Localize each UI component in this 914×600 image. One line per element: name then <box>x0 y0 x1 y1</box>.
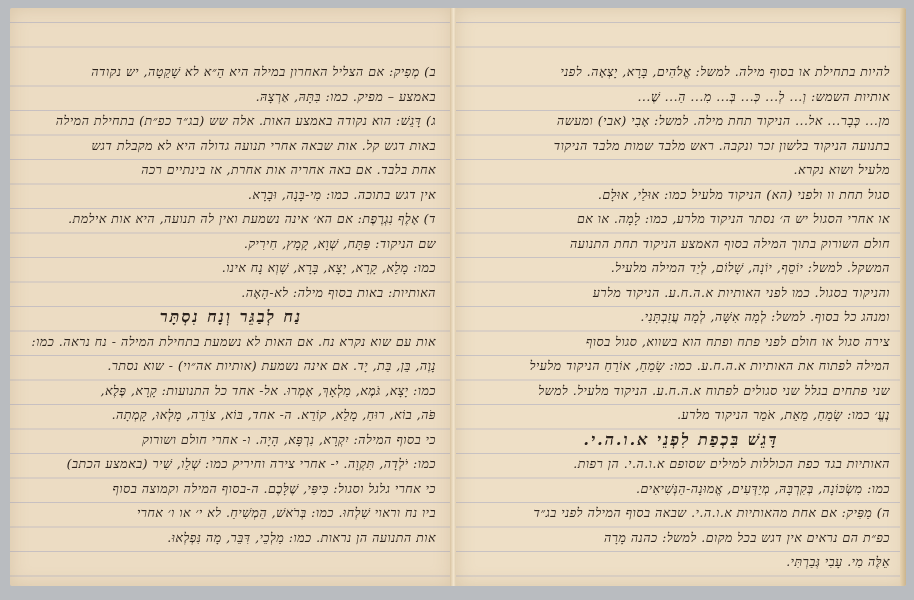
text-line: כמו: מָלֵא, קָרָא, יָצָא, בָּרָא, שָׁוְא… <box>26 256 436 281</box>
text-line: צירה סגול או חולם לפני פתח ופתח הוא בשוו… <box>472 330 890 355</box>
section-heading: דָּגֵשׁ בִּכְפַת לִפְנֵי א.ו.ה.י. <box>472 428 890 453</box>
text-line: אותיות השמש: וְ... לְ... כְּ... בְּ... מ… <box>472 85 890 110</box>
text-line: שם הניקוד: פַּתָּח, שְׁוָא, קָמָץ, חִירִ… <box>26 232 436 257</box>
text-line: והניקוד בסגול. כמו לפני האותיות א.ה.ח.ע.… <box>472 281 890 306</box>
text-line: אחת בלבד. אם באה אחריה אות אחרת, אז בינת… <box>26 158 436 183</box>
text-line: חולם השורוק בתוך המילה בסוף האמצע הניקוד… <box>472 232 890 257</box>
text-line: המילה לפתוח את האותיות א.ה.ח.ע. כמו: שָׂ… <box>472 354 890 379</box>
text-line: ומנהג כל בסוף. למשל: לְמָה אִשָּׁה, לְמָ… <box>472 305 890 330</box>
text-line: באמצע – מפיק. כמו: בִּתָּהּ, אַרְצָהּ. <box>26 85 436 110</box>
text-line: מן... כְּבָר... אל... הניקוד תחת מילה. ל… <box>472 109 890 134</box>
text-line: בתנועה הניקוד בלשון זכר ונקבה. ראש מלבד … <box>472 134 890 159</box>
text-line: ביו נח וראוי שִׁלְחוּ. כמו: בְּרֹאשׁ, הַ… <box>26 501 436 526</box>
text-line: כמו: יֹלְדָה, תִּקְוָה. י- אחרי צירה וחי… <box>26 452 436 477</box>
text-line: ה) מַפִּיק: אם אחת מהאותיות א.ו.ה.י. שבא… <box>472 501 890 526</box>
text-line: כמו: מִשְׂכּוֹנָה, בְּקִרְבָּהּ, מְיַדְּ… <box>472 477 890 502</box>
left-page-text: ב) מְפִיק: אם הצליל האחרון במילה היא הֵ״… <box>26 60 436 550</box>
text-line: או אחרי הסגול יש ה׳ נסתר הניקוד מלרע, כמ… <box>472 207 890 232</box>
text-line: מלעיל ושוא נקרא. <box>472 158 890 183</box>
text-line: נֶעֱ׳ כמו: שָׂמֵחַ, מֵאֵת, אֹמֵר הניקוד … <box>472 403 890 428</box>
text-line: ג) דָּגֵשׁ: הוא נקודה באמצע האות. אלה שש… <box>26 109 436 134</box>
text-line: אין דגש בתוכה. כמו: מִי-בָּנָה, וּבָרָא. <box>26 183 436 208</box>
text-line: להיות בתחילת או בסוף מילה. למשל: אֱלֹהִי… <box>472 60 890 85</box>
text-line: נָוֶה, בֵּן, בַּת, יָד. אם אינה נשמעת (א… <box>26 354 436 379</box>
text-line: אֵלֶּה מִי. עָבִי גְּבַרְתִּי. <box>472 550 890 575</box>
text-line: ב) מְפִיק: אם הצליל האחרון במילה היא הֵ״… <box>26 60 436 85</box>
text-line: כי בסוף המילה: יִקְרָא, נִרְפָּא, הָיָה.… <box>26 428 436 453</box>
text-line: ד) אָלֶף נִגְרֶפֶת: אם הא׳ אינה נשמעת וא… <box>26 207 436 232</box>
right-page: להיות בתחילת או בסוף מילה. למשל: אֱלֹהִי… <box>456 8 906 586</box>
text-line: כפ״ת הם נראים אין דגש בכל מקום. למשל: כה… <box>472 526 890 551</box>
text-line: האותיות בגד כפת הכוללות למילים שסופם א.ו… <box>472 452 890 477</box>
section-heading: נַח לְבַגֵּר וְנָח נִסְתָּר <box>26 305 436 330</box>
text-line: כמו: יָצָא, גֹּמֶא, מַלְאָךְ, אָמְרוּ. א… <box>26 379 436 404</box>
text-line: האותיות: באות בסוף מילה: לא-הָאָה. <box>26 281 436 306</box>
text-line: המשקל. למשל: יוֹסֵף, יוֹנָה, שָׁלוֹם, לְ… <box>472 256 890 281</box>
text-line: כי אחרי גלגל וסגול: כִּיפִּי, שֶׁלָּכֶם.… <box>26 477 436 502</box>
text-line: סגול תחת וו ולפני (הא) הניקוד מלעיל כמו:… <box>472 183 890 208</box>
notebook-spread: ב) מְפִיק: אם הצליל האחרון במילה היא הֵ״… <box>10 8 906 586</box>
left-page: ב) מְפִיק: אם הצליל האחרון במילה היא הֵ״… <box>10 8 452 586</box>
right-page-text: להיות בתחילת או בסוף מילה. למשל: אֱלֹהִי… <box>472 60 890 575</box>
page-edge <box>900 8 906 586</box>
text-line: אות עם שוא נקרא נח. אם האות לא נשמעת בתח… <box>26 330 436 355</box>
text-line: פֹּה, בוֹא, רוּחַ, מָלֵא, קוֹרֵא. ה- אחד… <box>26 403 436 428</box>
text-line: אות התנועה הן נראות. כמו: מַלְכֵי, דִּבֵ… <box>26 526 436 551</box>
text-line: באות דגש קל. אות שבאה אחרי תנועה גדולה ה… <box>26 134 436 159</box>
text-line: שני פתחים בגלל שני סגולים לפתוח א.ה.ח.ע.… <box>472 379 890 404</box>
